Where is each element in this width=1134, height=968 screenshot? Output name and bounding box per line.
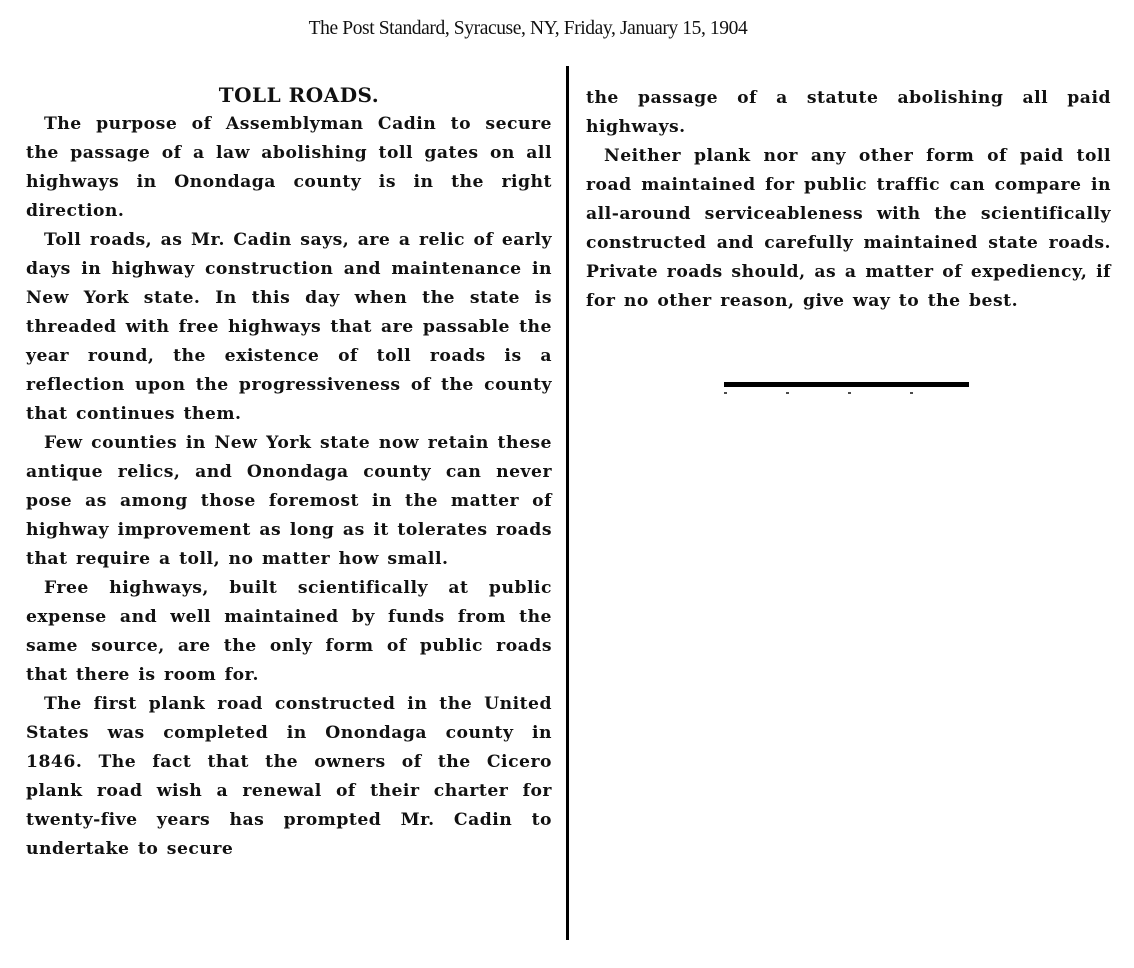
- paragraph-5: The first plank road constructed in the …: [26, 690, 552, 864]
- paragraph-6: Neither plank nor any other form of paid…: [586, 142, 1111, 316]
- paragraph-4: Free highways, built scientifically at p…: [26, 574, 552, 690]
- newspaper-source-caption: The Post Standard, Syracuse, NY, Friday,…: [0, 18, 1056, 40]
- article-end-rule: [724, 382, 969, 387]
- column-divider: [566, 66, 569, 940]
- right-column: the passage of a statute abolishing all …: [586, 84, 1111, 316]
- article-end-rule-specks: [724, 392, 969, 394]
- left-column: TOLL ROADS. The purpose of Assemblyman C…: [26, 80, 552, 864]
- paragraph-3: Few counties in New York state now retai…: [26, 429, 552, 574]
- article-headline: TOLL ROADS.: [26, 80, 552, 110]
- paragraph-continuation: the passage of a statute abolishing all …: [586, 84, 1111, 142]
- paragraph-1: The purpose of Assemblyman Cadin to secu…: [26, 110, 552, 226]
- newspaper-clipping: TOLL ROADS. The purpose of Assemblyman C…: [0, 62, 1134, 942]
- paragraph-2: Toll roads, as Mr. Cadin says, are a rel…: [26, 226, 552, 429]
